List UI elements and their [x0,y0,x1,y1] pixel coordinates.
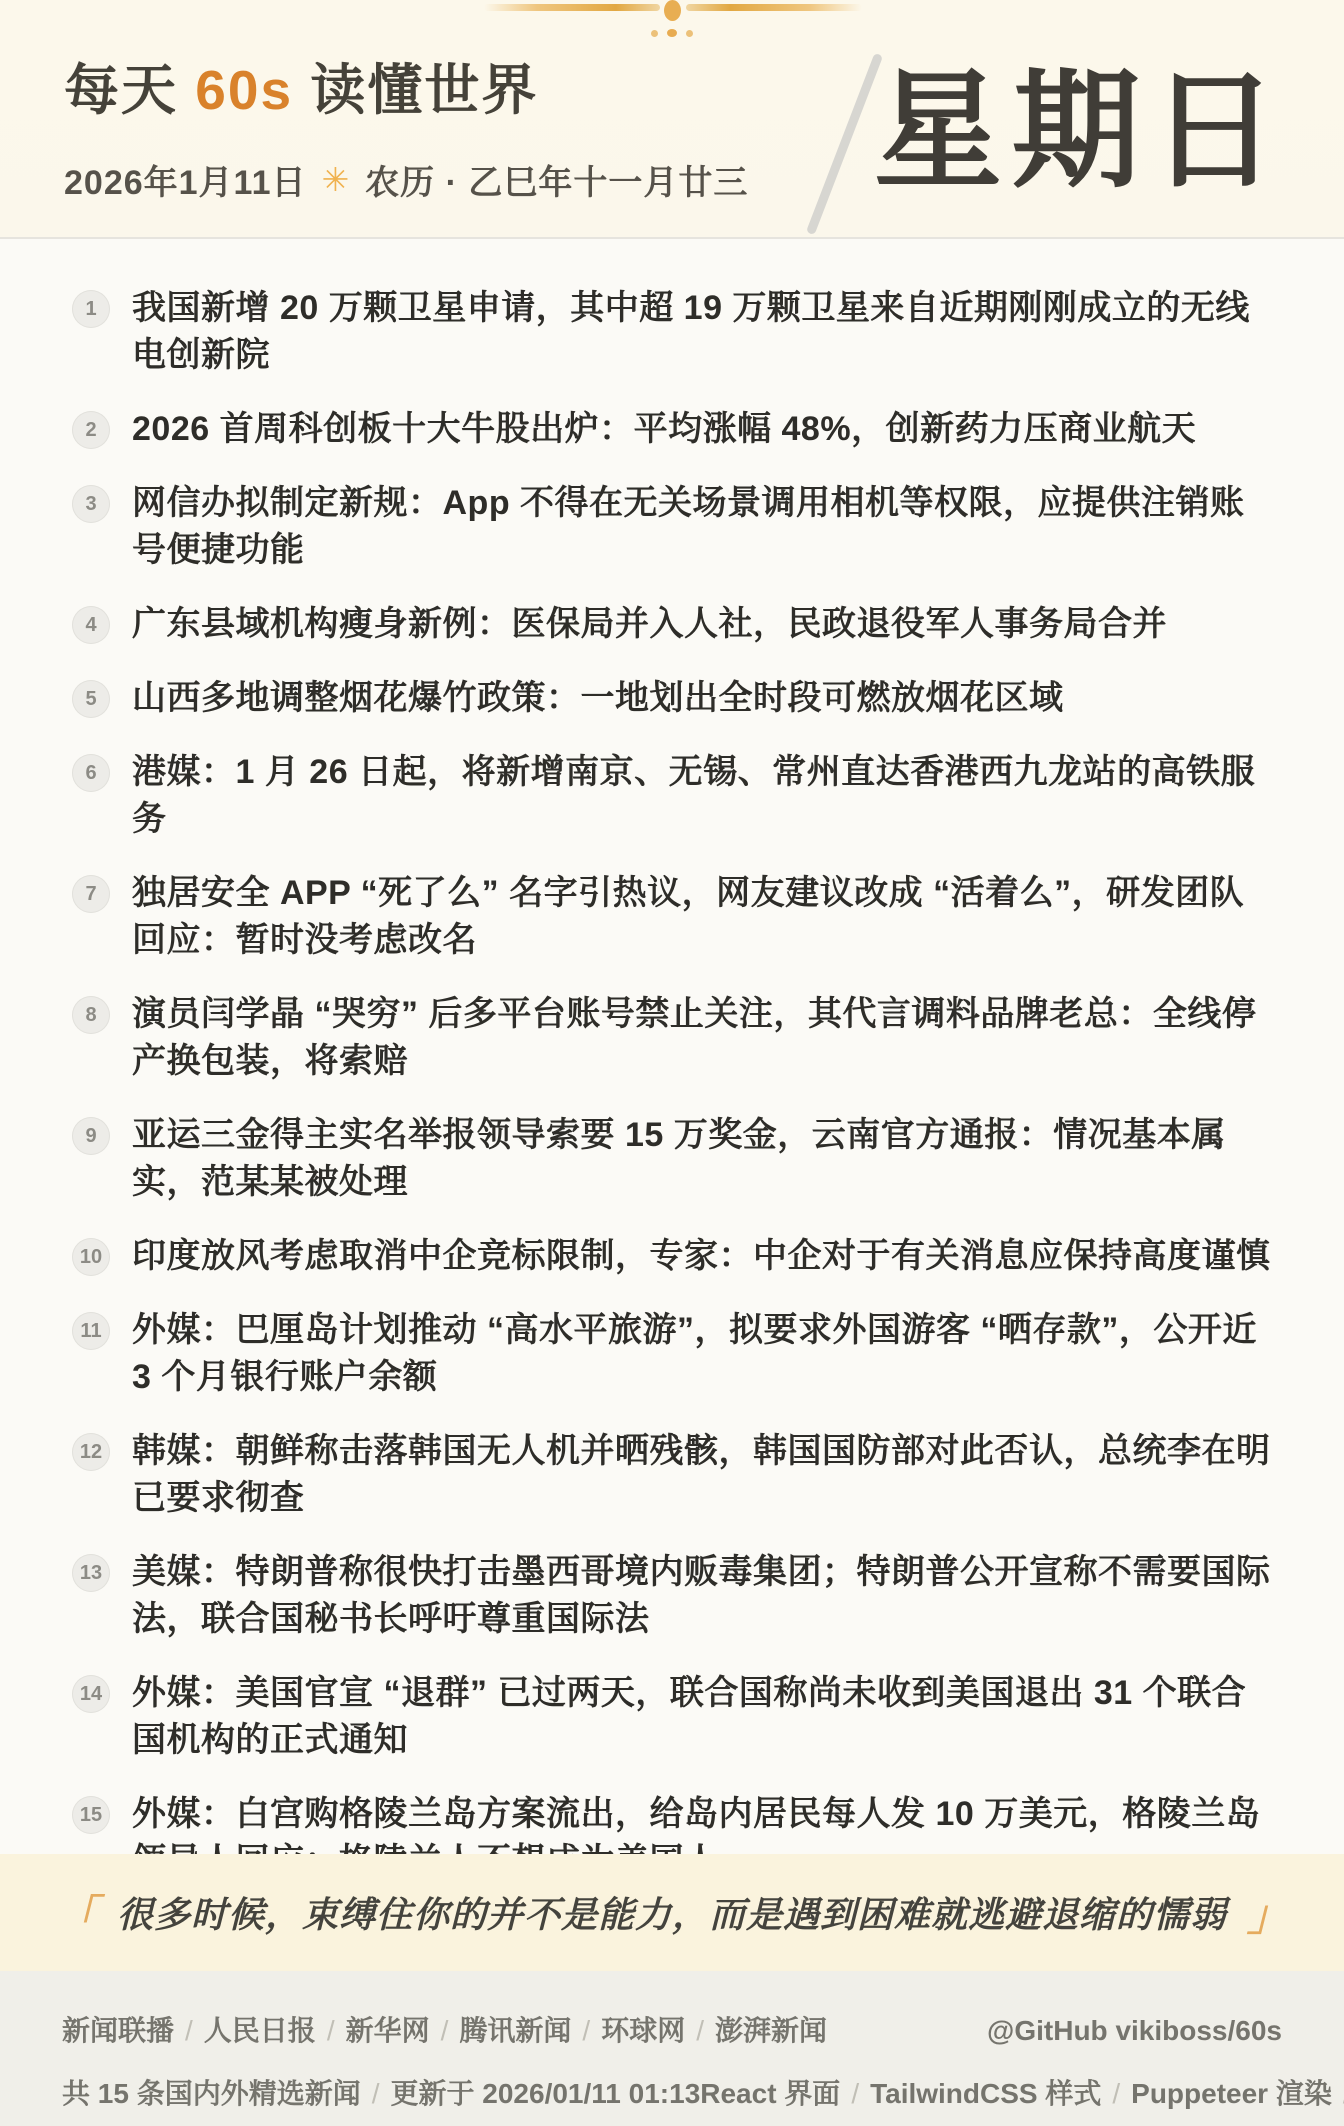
news-item-text: 独居安全 APP “死了么” 名字引热议，网友建议改成 “活着么”，研发团队回应… [132,870,1278,964]
news-item-text: 演员闫学晶 “哭穷” 后多平台账号禁止关注，其代言调料品牌老总：全线停产换包装，… [132,991,1278,1085]
news-item-number: 13 [72,1554,110,1592]
slash-divider [806,53,883,235]
news-item: 3 网信办拟制定新规：App 不得在无关场景调用相机等权限，应提供注销账号便捷功… [72,480,1284,574]
news-item: 10 印度放风考虑取消中企竞标限制，专家：中企对于有关消息应保持高度谨慎 [72,1233,1284,1280]
lunar-date: 农历 · 乙巳年十一月廿三 [365,155,748,204]
footer-item: 更新于 2026/01/11 01:13 [391,2072,701,2112]
news-item-number: 2 [72,411,110,449]
digest-meta: 共 15 条国内外精选新闻/更新于 2026/01/11 01:13 [62,2072,700,2112]
footer-item: 环球网 [601,2009,685,2049]
news-item-text: 我国新增 20 万颗卫星申请，其中超 19 万颗卫星来自近期刚刚成立的无线电创新… [132,285,1278,379]
ornament-line-left [484,4,660,11]
news-item-text: 山西多地调整烟花爆竹政策：一地划出全时段可燃放烟花区域 [132,675,1278,722]
news-item-text: 美媒：特朗普称很快打击墨西哥境内贩毒集团；特朗普公开宣称不需要国际法，联合国秘书… [132,1549,1278,1643]
news-item-number: 15 [72,1796,110,1834]
news-item-text: 港媒：1 月 26 日起，将新增南京、无锡、常州直达香港西九龙站的高铁服务 [132,749,1278,843]
date-row: 2026年1月11日 ✳ 农历 · 乙巳年十一月廿三 [64,155,748,204]
news-item-number: 4 [72,606,110,644]
news-item: 4 广东县域机构瘦身新例：医保局并入人社，民政退役军人事务局合并 [72,601,1284,648]
title-highlight: 60s [195,59,293,121]
news-item: 14 外媒：美国官宣 “退群” 已过两天，联合国称尚未收到美国退出 31 个联合… [72,1670,1284,1764]
news-item-text: 外媒：美国官宣 “退群” 已过两天，联合国称尚未收到美国退出 31 个联合国机构… [132,1670,1278,1764]
news-item: 13 美媒：特朗普称很快打击墨西哥境内贩毒集团；特朗普公开宣称不需要国际法，联合… [72,1549,1284,1643]
header: 每天 60s 读懂世界 2026年1月11日 ✳ 农历 · 乙巳年十一月廿三 星… [0,0,1344,239]
news-item: 8 演员闫学晶 “哭穷” 后多平台账号禁止关注，其代言调料品牌老总：全线停产换包… [72,991,1284,1085]
footer-item: TailwindCSS 样式 [870,2072,1101,2112]
news-item-number: 10 [72,1238,110,1276]
news-item: 6 港媒：1 月 26 日起，将新增南京、无锡、常州直达香港西九龙站的高铁服务 [72,749,1284,843]
page-title: 每天 60s 读懂世界 [64,46,748,125]
separator: / [1112,2078,1120,2110]
news-item-number: 5 [72,680,110,718]
ornament-center-dot [664,0,681,21]
news-item-number: 8 [72,996,110,1034]
footer-item: React 界面 [700,2072,840,2112]
news-item-number: 12 [72,1433,110,1471]
footer-item: 共 15 条国内外精选新闻 [62,2072,361,2112]
footer-item: 人民日报 [204,2009,316,2049]
news-item-text: 网信办拟制定新规：App 不得在无关场景调用相机等权限，应提供注销账号便捷功能 [132,480,1278,574]
news-item: 9 亚运三金得主实名举报领导索要 15 万奖金，云南官方通报：情况基本属实，范某… [72,1112,1284,1206]
separator: / [327,2015,335,2047]
news-item: 12 韩媒：朝鲜称击落韩国无人机并晒残骸，韩国国防部对此否认，总统李在明已要求彻… [72,1428,1284,1522]
news-item-text: 印度放风考虑取消中企竞标限制，专家：中企对于有关消息应保持高度谨慎 [132,1233,1278,1280]
news-sources: 新闻联播/人民日报/新华网/腾讯新闻/环球网/澎湃新闻 [62,2009,827,2049]
footer-item: 新闻联播 [62,2009,174,2049]
news-item-text: 广东县域机构瘦身新例：医保局并入人社，民政退役军人事务局合并 [132,601,1278,648]
separator: / [851,2078,859,2110]
separator: / [185,2015,193,2047]
weekday-label: 星期日 [874,28,1288,212]
news-list: 1 我国新增 20 万颗卫星申请，其中超 19 万颗卫星来自近期刚刚成立的无线电… [0,239,1344,1885]
footer-item: 澎湃新闻 [715,2009,827,2049]
news-digest-page: 每天 60s 读懂世界 2026年1月11日 ✳ 农历 · 乙巳年十一月廿三 星… [0,0,1344,2126]
news-item: 11 外媒：巴厘岛计划推动 “高水平旅游”，拟要求外国游客 “晒存款”，公开近 … [72,1307,1284,1401]
quote-text: 很多时候，束缚住你的并不是能力，而是遇到困难就逃避退缩的懦弱 [117,1887,1227,1938]
news-item-number: 9 [72,1117,110,1155]
news-item-number: 6 [72,754,110,792]
quote-band: 「 很多时候，束缚住你的并不是能力，而是遇到困难就逃避退缩的懦弱 」 [0,1854,1344,1971]
news-item-number: 11 [72,1312,110,1350]
news-item: 7 独居安全 APP “死了么” 名字引热议，网友建议改成 “活着么”，研发团队… [72,870,1284,964]
news-item: 2 2026 首周科创板十大牛股出炉：平均涨幅 48%，创新药力压商业航天 [72,406,1284,453]
news-item: 5 山西多地调整烟花爆竹政策：一地划出全时段可燃放烟花区域 [72,675,1284,722]
footer-row-sources: 新闻联播/人民日报/新华网/腾讯新闻/环球网/澎湃新闻 @GitHub viki… [62,2009,1282,2049]
header-left: 每天 60s 读懂世界 2026年1月11日 ✳ 农历 · 乙巳年十一月廿三 [64,46,748,204]
ornament-line-right [686,4,862,11]
news-item-number: 3 [72,485,110,523]
footer: 新闻联播/人民日报/新华网/腾讯新闻/环球网/澎湃新闻 @GitHub viki… [0,1971,1344,2126]
separator: / [696,2015,704,2047]
news-item-text: 亚运三金得主实名举报领导索要 15 万奖金，云南官方通报：情况基本属实，范某某被… [132,1112,1278,1206]
separator: / [441,2015,449,2047]
footer-row-meta: 共 15 条国内外精选新闻/更新于 2026/01/11 01:13 React… [62,2072,1282,2112]
separator: / [582,2015,590,2047]
quote-close-bracket: 」 [1247,1883,1289,1943]
news-item-text: 2026 首周科创板十大牛股出炉：平均涨幅 48%，创新药力压商业航天 [132,406,1278,453]
news-item: 1 我国新增 20 万颗卫星申请，其中超 19 万颗卫星来自近期刚刚成立的无线电… [72,285,1284,379]
footer-item: 新华网 [346,2009,430,2049]
title-prefix: 每天 [64,59,178,121]
quote-open-bracket: 「 [55,1883,97,1943]
tech-stack: React 界面/TailwindCSS 样式/Puppeteer 渲染/抖音美… [700,2072,1344,2112]
footer-item: 腾讯新闻 [459,2009,571,2049]
news-item-number: 7 [72,875,110,913]
title-suffix: 读懂世界 [310,59,538,121]
news-item-number: 1 [72,290,110,328]
gregorian-date: 2026年1月11日 [64,155,307,204]
footer-item: Puppeteer 渲染 [1131,2072,1332,2112]
star-icon: ✳ [322,160,351,199]
github-credit: @GitHub vikiboss/60s [987,2015,1282,2047]
separator: / [372,2078,380,2110]
news-item-text: 外媒：巴厘岛计划推动 “高水平旅游”，拟要求外国游客 “晒存款”，公开近 3 个… [132,1307,1278,1401]
news-item-number: 14 [72,1675,110,1713]
news-item-text: 韩媒：朝鲜称击落韩国无人机并晒残骸，韩国国防部对此否认，总统李在明已要求彻查 [132,1428,1278,1522]
